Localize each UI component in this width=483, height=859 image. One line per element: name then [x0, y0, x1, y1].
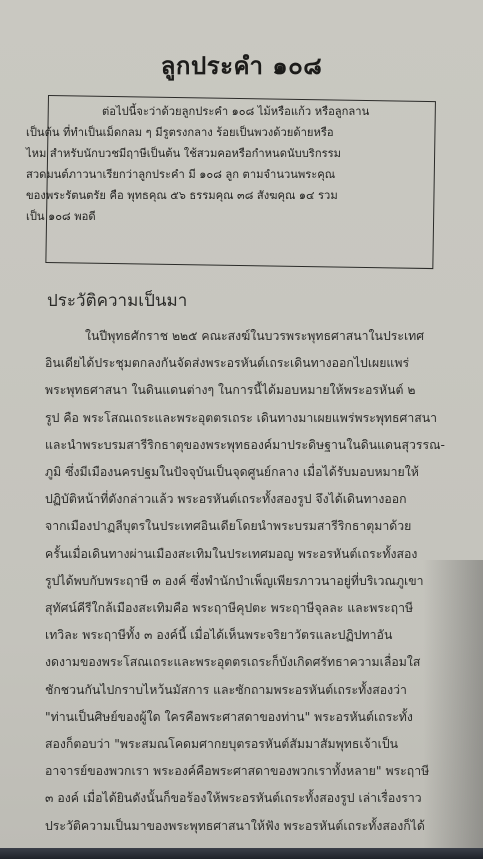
body-line: และนำพระบรมสารีริกธาตุของพระพุทธองค์มาปร…	[45, 432, 445, 459]
body-line: งดงามของพระโสณเถระและพระอุตตรเถระก็บังเก…	[45, 649, 445, 676]
body-line: ครั้นเมื่อเดินทางผ่านเมืองสะเทิมในประเทศ…	[45, 541, 445, 568]
body-line: สุทัศน์คีรีใกล้เมืองสะเทิมคือ พระฤาษีคุป…	[45, 595, 445, 622]
body-line: รูปได้พบกับพระฤาษี ๓ องค์ ซึ่งพำนักบำเพ็…	[45, 568, 445, 595]
intro-line: ต่อไปนี้จะว่าด้วยลูกประคำ ๑๐๘ ไม้หรือแก้…	[58, 101, 376, 122]
body-line: จากเมืองปาฏลีบุตรในประเทศอินเดียโดยนำพระ…	[45, 513, 445, 540]
section-heading: ประวัติความเป็นมา	[47, 287, 187, 314]
body-paragraph: ในปีพุทธศักราช ๒๒๕ คณะสงฆ์ในบวรพระพุทธศา…	[45, 323, 445, 840]
body-line: อินเดียได้ประชุมตกลงกันจัดส่งพระอรหันต์เ…	[45, 350, 445, 377]
page-bottom-edge	[0, 848, 483, 859]
body-line: พระพุทธศาสนา ในดินแดนต่างๆ ในการนี้ได้มอ…	[45, 377, 445, 404]
body-line: "ท่านเป็นศิษย์ของผู้ใด ใครคือพระศาสดาของ…	[45, 704, 445, 731]
body-line: ปฏิบัติหน้าที่ดังกล่าวแล้ว พระอรหันต์เถร…	[45, 486, 445, 513]
body-line: ชักชวนกันไปกราบไหว้นมัสการ และซักถามพระอ…	[45, 677, 445, 704]
body-line: รูป คือ พระโสณเถระและพระอุตตรเถระ เดินทา…	[45, 405, 445, 432]
body-line: ภูมิ ซึ่งมีเมืองนครปฐมในปัจจุบันเป็นจุดศ…	[45, 459, 445, 486]
intro-line: สวดมนต์ภาวนาเรียกว่าลูกประคำ มี ๑๐๘ ลูก …	[26, 164, 376, 185]
body-line: อาจารย์ของพวกเรา พระองค์คือพระศาสดาของพว…	[45, 758, 445, 785]
body-line: ๓ องค์ เมื่อได้ยินดังนั้นก็ขอร้องให้พระอ…	[45, 785, 445, 812]
intro-box-text: ต่อไปนี้จะว่าด้วยลูกประคำ ๑๐๘ ไม้หรือแก้…	[58, 101, 376, 227]
intro-line: ของพระรัตนตรัย คือ พุทธคุณ ๕๖ ธรรมคุณ ๓๘…	[26, 185, 376, 206]
intro-line: ไหม สำหรับนักบวชมีฤาษีเป็นต้น ใช้สวมคอหร…	[26, 143, 376, 164]
body-line: เทวิละ พระฤาษีทั้ง ๓ องค์นี้ เมื่อได้เห็…	[45, 622, 445, 649]
intro-line: เป็นต้น ที่ทำเป็นเม็ดกลม ๆ มีรูตรงกลาง ร…	[26, 122, 376, 143]
page-title: ลูกประคำ ๑๐๘	[0, 46, 483, 85]
body-line: ประวัติความเป็นมาของพระพุทธศาสนาให้ฟัง พ…	[45, 813, 445, 840]
intro-line: เป็น ๑๐๘ พอดี	[26, 206, 376, 227]
body-line: ในปีพุทธศักราช ๒๒๕ คณะสงฆ์ในบวรพระพุทธศา…	[45, 323, 445, 350]
book-page: ลูกประคำ ๑๐๘ ต่อไปนี้จะว่าด้วยลูกประคำ ๑…	[0, 0, 483, 848]
body-line: สองก็ตอบว่า "พระสมณโคดมศากยบุตรอรหันต์สั…	[45, 731, 445, 758]
